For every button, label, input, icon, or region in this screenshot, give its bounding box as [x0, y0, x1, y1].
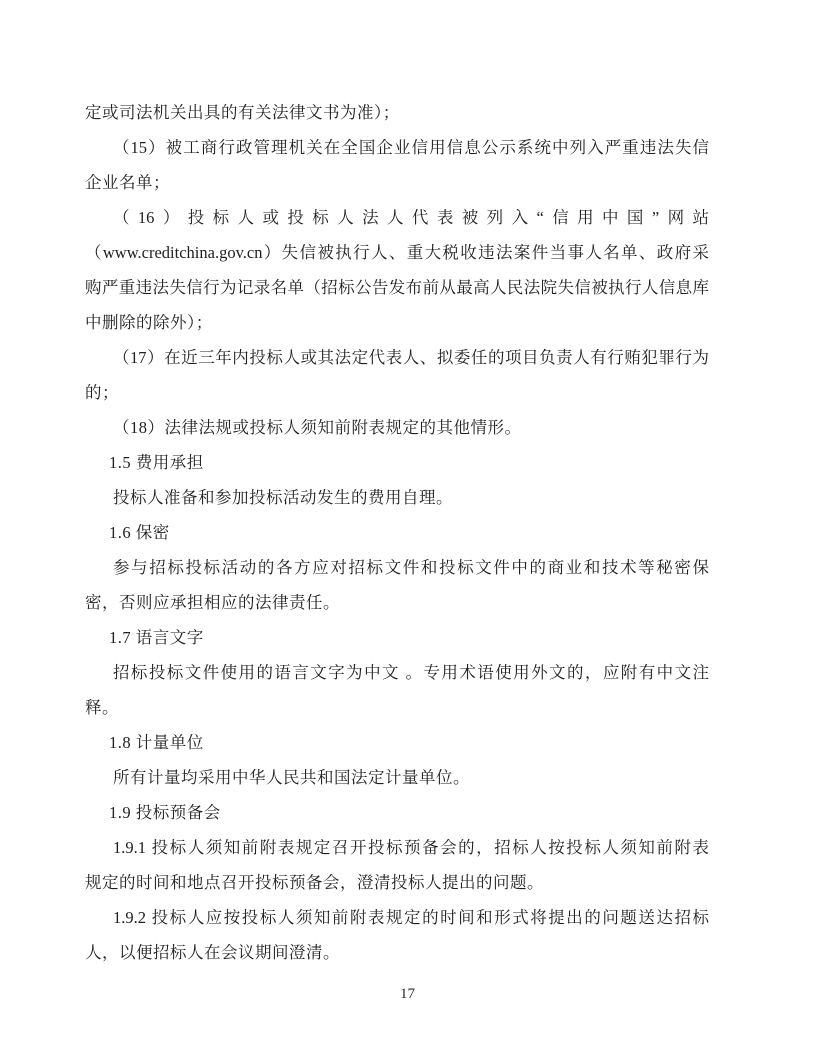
text-line: 所有计量均采用中华人民共和国法定计量单位。 — [85, 760, 709, 795]
document-body: 定或司法机关出具的有关法律文书为准）； （15）被工商行政管理机关在全国企业信用… — [85, 95, 709, 970]
text-line: 购严重违法失信行为记录名单（招标公告发布前从最高人民法院失信被执行人信息库 — [85, 270, 709, 305]
page-number: 17 — [400, 986, 415, 1002]
document-page: 定或司法机关出具的有关法律文书为准）； （15）被工商行政管理机关在全国企业信用… — [0, 0, 815, 1055]
text-line-url: （www.creditchina.gov.cn）失信被执行人、重大税收违法案件当… — [85, 235, 709, 270]
clause-18-line: （18）法律法规或投标人须知前附表规定的其他情形。 — [85, 410, 709, 445]
text-line: 企业名单； — [85, 165, 709, 200]
clause-16-line: （16）投标人或投标人法人代表被列入“信用中国”网站 — [85, 200, 709, 235]
text-line: 定或司法机关出具的有关法律文书为准）； — [85, 95, 709, 130]
heading-1-9: 1.9 投标预备会 — [85, 795, 709, 830]
clause-1-9-2-line: 1.9.2 投标人应按投标人须知前附表规定的时间和形式将提出的问题送达招标 — [85, 900, 709, 935]
heading-1-8: 1.8 计量单位 — [85, 725, 709, 760]
text-line: 的； — [85, 375, 709, 410]
text-line: 招标投标文件使用的语言文字为中文 。专用术语使用外文的，应附有中文注 — [85, 655, 709, 690]
text-line: 规定的时间和地点召开投标预备会，澄清投标人提出的问题。 — [85, 865, 709, 900]
heading-1-7: 1.7 语言文字 — [85, 620, 709, 655]
clause-1-9-1-line: 1.9.1 投标人须知前附表规定召开投标预备会的，招标人按投标人须知前附表 — [85, 830, 709, 865]
text-line: 参与招标投标活动的各方应对招标文件和投标文件中的商业和技术等秘密保 — [85, 550, 709, 585]
text-line: 中删除的除外）； — [85, 305, 709, 340]
page-footer: 17 — [0, 984, 815, 1004]
text-line: 释。 — [85, 690, 709, 725]
clause-15-line: （15）被工商行政管理机关在全国企业信用信息公示系统中列入严重违法失信 — [85, 130, 709, 165]
text-line: 投标人准备和参加投标活动发生的费用自理。 — [85, 480, 709, 515]
text-line: 人，以便招标人在会议期间澄清。 — [85, 935, 709, 970]
heading-1-5: 1.5 费用承担 — [85, 445, 709, 480]
text-line: 密，否则应承担相应的法律责任。 — [85, 585, 709, 620]
clause-17-line: （17）在近三年内投标人或其法定代表人、拟委任的项目负责人有行贿犯罪行为 — [85, 340, 709, 375]
heading-1-6: 1.6 保密 — [85, 515, 709, 550]
